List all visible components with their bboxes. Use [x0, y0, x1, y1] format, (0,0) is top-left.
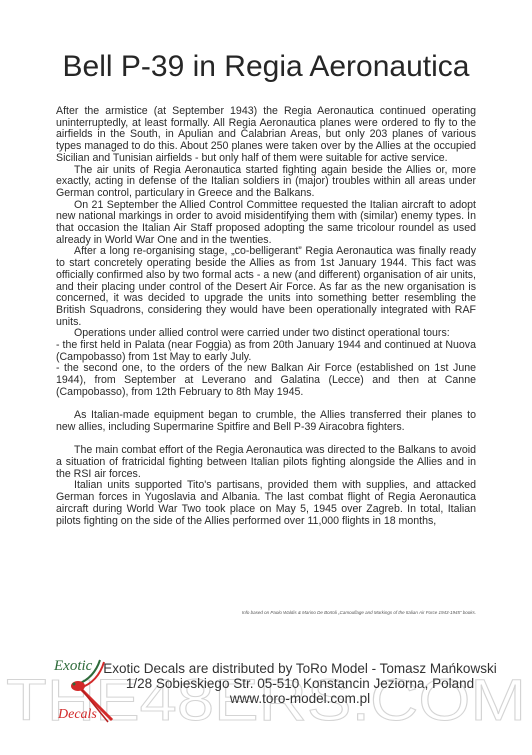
svg-text:Decals: Decals	[57, 707, 97, 722]
paragraph-8: As Italian-made equipment began to crumb…	[56, 410, 476, 433]
website-link[interactable]: www.toro-model.com.pl	[100, 691, 500, 706]
address-line: 1/28 Sobieskiego Str. 05-510 Konstancin …	[100, 676, 500, 691]
paragraph-1: After the armistice (at September 1943) …	[56, 106, 476, 165]
distributor-line: Exotic Decals are distributed by ToRo Mo…	[100, 661, 500, 676]
page-title: Bell P-39 in Regia Aeronautica	[0, 50, 532, 84]
paragraph-6: - the first held in Palata (near Foggia)…	[56, 340, 476, 363]
article-body: After the armistice (at September 1943) …	[56, 106, 476, 527]
svg-text:Exotic: Exotic	[53, 658, 93, 674]
paragraph-7: - the second one, to the orders of the n…	[56, 363, 476, 398]
source-credit: Info based on Paolo Waldis & Marino De B…	[56, 610, 476, 615]
distributor-info: Exotic Decals are distributed by ToRo Mo…	[100, 661, 500, 706]
paragraph-2: The air units of Regia Aeronautica start…	[56, 165, 476, 200]
paragraph-10: Italian units supported Tito's partisans…	[56, 480, 476, 527]
paragraph-4: After a long re-organising stage, „co-be…	[56, 246, 476, 328]
paragraph-3: On 21 September the Allied Control Commi…	[56, 200, 476, 247]
paragraph-9: The main combat effort of the Regia Aero…	[56, 445, 476, 480]
